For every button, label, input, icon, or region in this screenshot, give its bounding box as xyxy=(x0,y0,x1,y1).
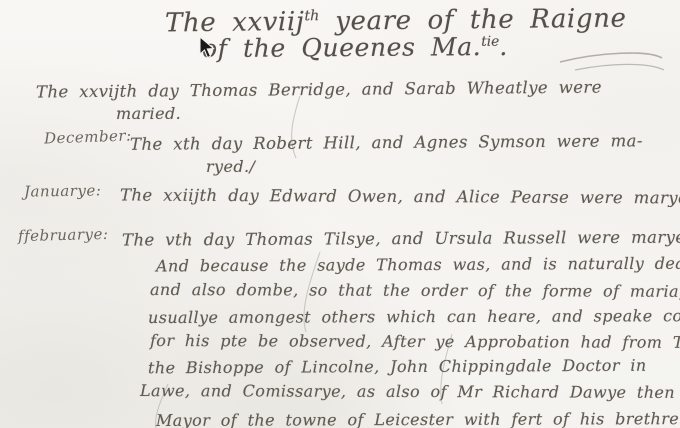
manuscript-line: Mayor of the towne of Leicester with fer… xyxy=(156,409,680,428)
mouse-cursor-icon xyxy=(198,36,216,60)
manuscript-page: The xxviijth yeare of the Raigne of the … xyxy=(0,0,680,428)
manuscript-line: The xxiijth day Edward Owen, and Alice P… xyxy=(120,185,680,207)
manuscript-line: usuallye amongest others which can heare… xyxy=(148,306,680,327)
manuscript-line: maried. xyxy=(116,104,181,123)
manuscript-line: The xxvijth day Thomas Berridge, and Sar… xyxy=(36,78,602,102)
manuscript-line: And because the sayde Thomas was, and is… xyxy=(156,254,680,276)
margin-label-februarye: ffebruarye: xyxy=(18,225,109,245)
header-line-2-text: of the Queenes Ma. xyxy=(202,32,481,63)
margin-label-december: December: xyxy=(44,126,132,147)
manuscript-line: and also dombe, so that the order of the… xyxy=(150,280,680,301)
manuscript-line: ryed./ xyxy=(206,157,255,176)
margin-label-januarye: Januarye: xyxy=(24,181,102,200)
manuscript-line: Lawe, and Comissarye, as also of Mr Rich… xyxy=(140,381,680,402)
header-line-2-rest: . xyxy=(499,32,508,61)
header-line-2: of the Queenes Ma.tie. xyxy=(202,32,508,63)
manuscript-line: The xth day Robert Hill, and Agnes Symso… xyxy=(130,131,643,154)
manuscript-line: the Bishoppe of Lincolne, John Chippingd… xyxy=(148,356,647,378)
header-line-2-superscript: tie xyxy=(481,34,499,50)
manuscript-line: for his pte be observed, After ye Approb… xyxy=(150,331,680,352)
header-line-1-superscript: th xyxy=(304,8,319,24)
manuscript-line: The vth day Thomas Tilsye, and Ursula Ru… xyxy=(122,227,680,249)
